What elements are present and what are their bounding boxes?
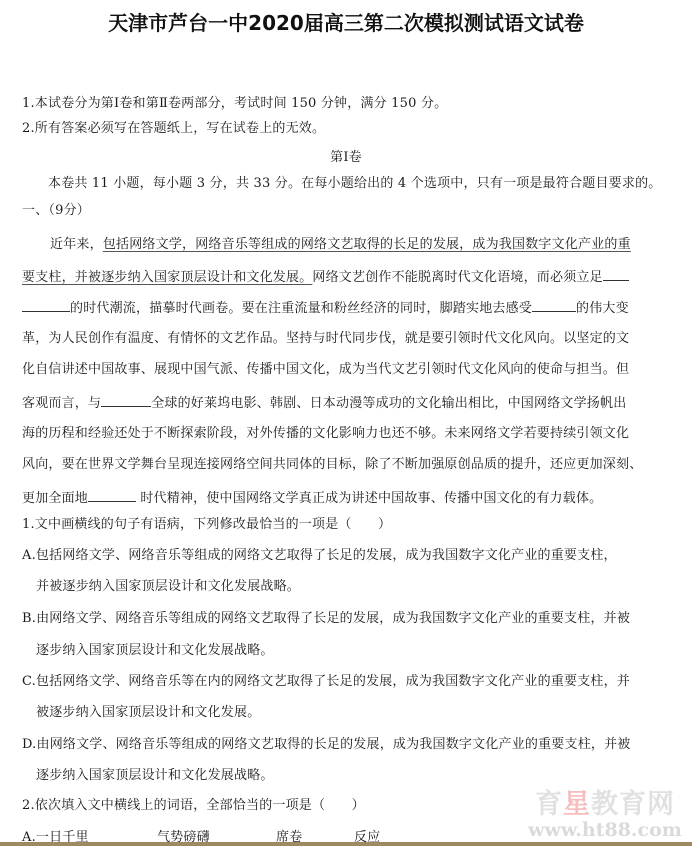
passage-line-6: 客观而言，与全球的好莱坞电影、韩剧、日本动漫等成功的文化输出相比，中国网络文学扬… (22, 394, 626, 412)
instruction-2: 2.所有答案必须写在答题纸上，写在试卷上的无效。 (22, 121, 325, 137)
question-2-stem: 2.依次填入文中横线上的词语，全部恰当的一项是（ ） (22, 798, 365, 814)
passage-line-3: 的时代潮流，描摹时代画卷。要在注重流量和粉丝经济的同时，脚踏实地去感受的伟大变 (22, 299, 629, 317)
passage-text: 近年来， (50, 237, 103, 252)
passage-line-5: 化自信讲述中国故事、展现中国气派、传播中国文化，成为当代文艺引领时代文化风向的使… (22, 362, 629, 378)
passage-text: 的时代潮流，描摹时代画卷。要在注重流量和粉丝经济的同时，脚踏实地去感受 (70, 301, 532, 316)
question-1-stem: 1.文中画横线的句子有语病，下列修改最恰当的一项是（ ） (22, 517, 391, 533)
part-label: 一、（9分） (22, 203, 90, 219)
watermark-url: www.ht88.com (520, 820, 690, 840)
option-b-line-2: 逐步纳入国家顶层设计和文化发展战略。 (36, 643, 274, 659)
passage-text: 网络文艺创作不能脱离时代文化语境，而必须立足 (312, 270, 602, 285)
passage-line-7: 海的历程和经验还处于不断探索阶段，对外传播的文化影响力也还不够。未来网络文学若要… (22, 426, 629, 442)
option-c-line-1: C.包括网络文学、网络音乐等在内的网络文艺取得了长足的发展，成为我国数字文化产业… (22, 674, 630, 690)
section-note: 本卷共 11 小题，每小题 3 分，共 33 分。在每小题给出的 4 个选项中，… (48, 176, 662, 192)
passage-text: 更加全面地 (22, 491, 88, 506)
passage-line-8: 风向，要在世界文学舞台呈现连接网络空间共同体的目标，除了不断加强原创品质的提升，… (22, 457, 642, 473)
passage-text: 客观而言，与 (22, 396, 101, 411)
exam-title: 天津市芦台一中2020届高三第二次模拟测试语文试卷 (0, 10, 692, 36)
passage-text: 的伟大变 (576, 301, 629, 316)
fill-blank-4 (88, 489, 136, 502)
watermark-char: 教育网 (591, 789, 675, 820)
passage-line-4: 革，为人民创作有温度、有情怀的文艺作品。坚持与时代同步伐，就是要引领时代文化风向… (22, 331, 629, 347)
option-a-line-2: 并被逐步纳入国家顶层设计和文化发展战略。 (36, 579, 300, 595)
option-d-line-2: 逐步纳入国家顶层设计和文化发展战略。 (36, 768, 274, 784)
passage-line-1: 近年来，包括网络文学，网络音乐等组成的网络文艺取得的长足的发展，成为我国数字文化… (50, 237, 631, 253)
option-c-line-2: 被逐步纳入国家顶层设计和文化发展。 (36, 705, 260, 721)
bottom-border (0, 842, 692, 846)
watermark-char: 育 (535, 789, 563, 820)
section-heading: 第Ⅰ卷 (0, 150, 692, 166)
passage-text: 时代精神，使中国网络文学真正成为讲述中国故事、传播中国文化的有力载体。 (136, 491, 602, 506)
option-d-line-1: D.由网络文学、网络音乐等组成的网络文艺取得的长足的发展，成为我国数字文化产业的… (22, 737, 631, 753)
passage-line-2: 要支柱，并被逐步纳入国家顶层设计和文化发展。网络文艺创作不能脱离时代文化语境，而… (22, 268, 629, 286)
passage-text: 全球的好莱坞电影、韩剧、日本动漫等成功的文化输出相比，中国网络文学扬帆出 (151, 396, 626, 411)
underlined-sentence: 包括网络文学，网络音乐等组成的网络文艺取得的长足的发展，成为我国数字文化产业的重 (103, 237, 631, 252)
fill-blank-2 (532, 299, 576, 312)
instruction-1: 1.本试卷分为第Ⅰ卷和第Ⅱ卷两部分，考试时间 150 分钟，满分 150 分。 (22, 96, 447, 112)
site-watermark: 育星教育网 www.ht88.com (520, 790, 690, 840)
option-b-line-1: B.由网络文学、网络音乐等组成的网络文艺取得了长足的发展，成为我国数字文化产业的… (22, 611, 630, 627)
fill-blank-1-cont (22, 299, 70, 312)
watermark-char-red: 星 (563, 789, 591, 820)
option-a-line-1: A.包括网络文学、网络音乐等组成的网络文艺取得了长足的发展，成为我国数字文化产业… (22, 548, 617, 564)
passage-line-9: 更加全面地 时代精神，使中国网络文学真正成为讲述中国故事、传播中国文化的有力载体… (22, 489, 602, 507)
watermark-logo-text: 育星教育网 (520, 790, 690, 820)
fill-blank-3 (101, 394, 151, 407)
underlined-sentence: 要支柱，并被逐步纳入国家顶层设计和文化发展。 (22, 270, 312, 285)
fill-blank-1 (603, 268, 629, 281)
